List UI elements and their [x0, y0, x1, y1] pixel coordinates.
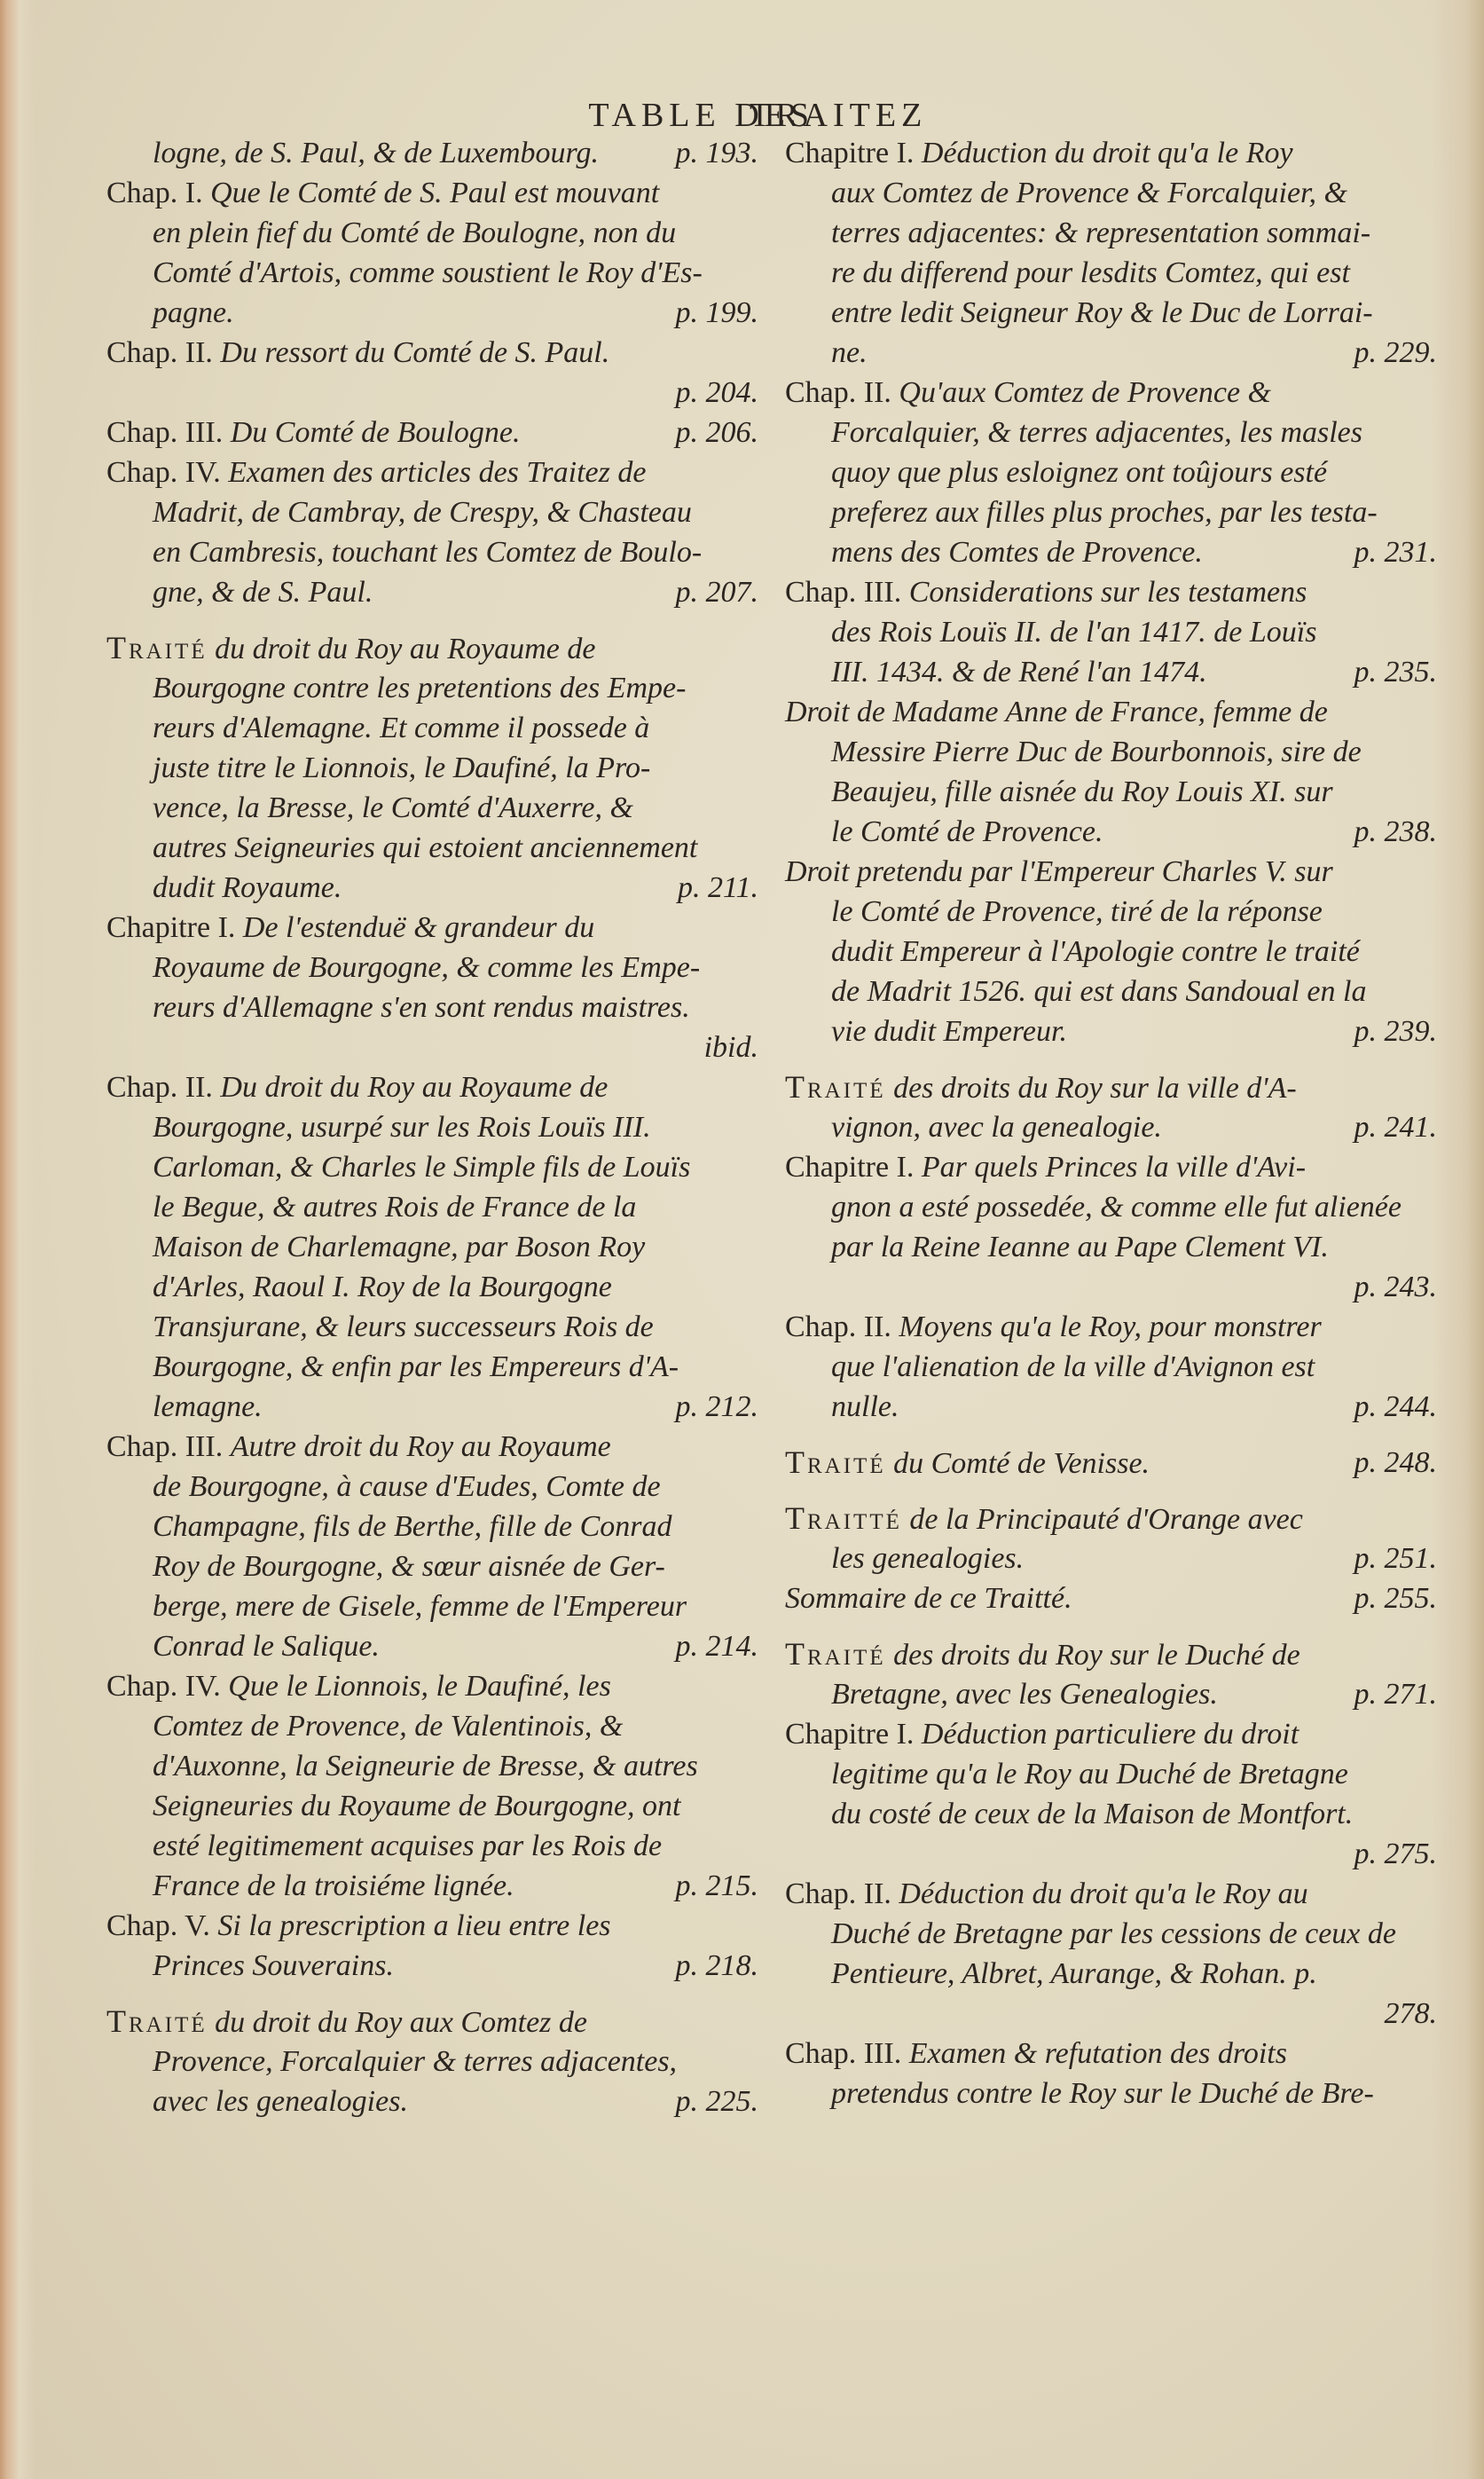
chapter-label: Chap. II.	[785, 376, 891, 409]
toc-entry-chap2-moyens: Chap. II. Moyens qu'a le Roy, pour monst…	[785, 1307, 1437, 1427]
toc-line: vie dudit Empereur.p. 239.	[785, 1011, 1437, 1051]
entry-text: ne.	[831, 336, 868, 369]
toc-line: Provence, Forcalquier & terres adjacente…	[106, 2042, 758, 2082]
entry-text: Autre droit du Roy au Royaume	[231, 1430, 611, 1463]
toc-line: Princes Souverains.p. 218.	[106, 1946, 758, 1986]
entry-text: Si la prescription a lieu entre les	[217, 1909, 610, 1942]
entry-text: du droit du Roy au Royaume de	[215, 633, 595, 665]
toc-entry-chap4-lionnois: Chap. IV. Que le Lionnois, le Daufiné, l…	[106, 1666, 758, 1906]
toc-entry-chap1-st-paul: Chap. I. Que le Comté de S. Paul est mou…	[106, 173, 758, 333]
toc-entry-chap3-autre-droit: Chap. III. Autre droit du Roy au Royaume…	[106, 1427, 758, 1666]
page-number: p. 248.	[1354, 1443, 1438, 1483]
toc-line: Chap. III. Considerations sur les testam…	[785, 572, 1437, 612]
toc-line: que l'alienation de la ville d'Avignon e…	[785, 1347, 1437, 1387]
entry-text: du droit du Roy aux Comtez de	[215, 2006, 587, 2039]
toc-line: p. 243.	[785, 1267, 1437, 1307]
treatise-label: Traité	[785, 1636, 886, 1672]
toc-line: Chap. IV. Que le Lionnois, le Daufiné, l…	[106, 1666, 758, 1706]
chapter-label: Chap. III.	[106, 416, 223, 449]
toc-line: Duché de Bretagne par les cessions de ce…	[785, 1914, 1437, 1954]
toc-line: ne.p. 229.	[785, 333, 1437, 373]
toc-entry-chap3-boulogne: Chap. III. Du Comté de Boulogne.p. 206.	[106, 413, 758, 453]
entry-text: mens des Comtes de Provence.	[831, 536, 1203, 569]
toc-line: Roy de Bourgogne, & sœur aisnée de Ger-	[106, 1546, 758, 1586]
chapter-label: Chap. III.	[106, 1430, 223, 1463]
page-number: p. 239.	[1354, 1011, 1438, 1051]
entry-text: le Comté de Provence, tiré de la réponse	[831, 895, 1323, 928]
page-number: p. 243.	[1354, 1267, 1438, 1307]
toc-line: re du differend pour lesdits Comtez, qui…	[785, 253, 1437, 293]
entry-text: Bretagne, avec les Genealogies.	[831, 1678, 1218, 1711]
page-number: p. 212.	[676, 1387, 759, 1427]
entry-text: Comté d'Artois, comme soustient le Roy d…	[153, 256, 703, 289]
chapter-label: Chap. II.	[106, 336, 213, 369]
toc-line: p. 275.	[785, 1834, 1437, 1874]
entry-text: Que le Comté de S. Paul est mouvant	[210, 177, 659, 209]
page-number: p. 229.	[1354, 333, 1438, 373]
toc-line: lemagne.p. 212.	[106, 1387, 758, 1427]
toc-line: Chap. III. Du Comté de Boulogne.p. 206.	[106, 413, 758, 453]
page-number: p. 199.	[676, 293, 759, 333]
toc-line: Traité des droits du Roy sur la ville d'…	[785, 1067, 1437, 1107]
entry-text: Déduction du droit qu'a le Roy au	[899, 1877, 1307, 1910]
book-page: TABLE DES TRAITEZ logne, de S. Paul, & d…	[0, 0, 1484, 2479]
toc-line: Chapitre I. Par quels Princes la ville d…	[785, 1147, 1437, 1187]
toc-line: dudit Empereur à l'Apologie contre le tr…	[785, 932, 1437, 972]
toc-line: de Bourgogne, à cause d'Eudes, Comte de	[106, 1467, 758, 1507]
entry-text: du Comté de Venisse.	[893, 1447, 1150, 1480]
entry-text: De l'estenduë & grandeur du	[243, 911, 594, 944]
toc-line: d'Auxonne, la Seigneurie de Bresse, & au…	[106, 1746, 758, 1786]
toc-entry-traitte-orange: Traitté de la Principauté d'Orange avecl…	[785, 1499, 1437, 1578]
toc-entry-chap2-droit-bourgogne: Chap. II. Du droit du Roy au Royaume deB…	[106, 1067, 758, 1427]
treatise-label: Traité	[785, 1069, 886, 1105]
toc-entry-cont-luxembourg: logne, de S. Paul, & de Luxembourg.p. 19…	[106, 133, 758, 173]
page-number: p. 271.	[1354, 1674, 1438, 1714]
toc-line: Chap. I. Que le Comté de S. Paul est mou…	[106, 173, 758, 213]
page-number: ibid.	[704, 1027, 758, 1067]
toc-line: en plein fief du Comté de Boulogne, non …	[106, 213, 758, 253]
entry-text: logne, de S. Paul, & de Luxembourg.	[153, 137, 599, 169]
toc-entry-sommaire: Sommaire de ce Traitté.p. 255.	[785, 1578, 1437, 1618]
toc-line: Forcalquier, & terres adjacentes, les ma…	[785, 413, 1437, 453]
chapter-label: Chap. I.	[106, 177, 203, 209]
chapter-label: Chap. IV.	[106, 456, 221, 489]
toc-line: 278.	[785, 1994, 1437, 2034]
toc-line: Traité du droit du Roy aux Comtez de	[106, 2002, 758, 2042]
toc-line: Chapitre I. Déduction particuliere du dr…	[785, 1714, 1437, 1754]
chapter-label: Chap. III.	[785, 2037, 901, 2070]
toc-line: Seigneuries du Royaume de Bourgogne, ont	[106, 1786, 758, 1826]
toc-line: Droit de Madame Anne de France, femme de	[785, 692, 1437, 732]
toc-line: Chap. II. Du ressort du Comté de S. Paul…	[106, 333, 758, 373]
toc-line: Comté d'Artois, comme soustient le Roy d…	[106, 253, 758, 293]
entry-text: Qu'aux Comtez de Provence &	[899, 376, 1271, 409]
toc-entry-chap3-refutation: Chap. III. Examen & refutation des droit…	[785, 2034, 1437, 2113]
entry-text: en Cambresis, touchant les Comtez de Bou…	[153, 536, 702, 569]
entry-text: legitime qu'a le Roy au Duché de Bretagn…	[831, 1758, 1348, 1790]
page-number: p. 214.	[676, 1626, 759, 1666]
entry-text: de Madrit 1526. qui est dans Sandoual en…	[831, 975, 1366, 1008]
toc-line: Chap. II. Déduction du droit qu'a le Roy…	[785, 1874, 1437, 1914]
toc-entry-chap3-testamens: Chap. III. Considerations sur les testam…	[785, 572, 1437, 692]
entry-text: Princes Souverains.	[153, 1949, 394, 1982]
toc-line: reurs d'Allemagne s'en sont rendus maist…	[106, 988, 758, 1027]
page-number: p. 225.	[676, 2082, 759, 2121]
entry-text: Carloman, & Charles le Simple fils de Lo…	[153, 1151, 690, 1184]
entry-text: quoy que plus esloignez ont toûjours est…	[831, 456, 1327, 489]
entry-text: Conrad le Salique.	[153, 1630, 380, 1663]
page-number: p. 218.	[676, 1946, 759, 1986]
entry-text: que l'alienation de la ville d'Avignon e…	[831, 1350, 1315, 1383]
toc-entry-chapitre1-estendue: Chapitre I. De l'estenduë & grandeur duR…	[106, 908, 758, 1067]
entry-text: reurs d'Allemagne s'en sont rendus maist…	[153, 991, 690, 1024]
toc-line: Comtez de Provence, de Valentinois, &	[106, 1706, 758, 1746]
entry-text: Du droit du Roy au Royaume de	[220, 1071, 608, 1104]
entry-text: Duché de Bretagne par les cessions de ce…	[831, 1917, 1396, 1950]
entry-text: des Rois Louïs II. de l'an 1417. de Louï…	[831, 616, 1317, 649]
entry-text: vignon, avec la genealogie.	[831, 1111, 1162, 1144]
toc-line: Traité des droits du Roy sur le Duché de	[785, 1634, 1437, 1674]
page-number: 278.	[1385, 1994, 1438, 2034]
entry-text: Droit de Madame Anne de France, femme de	[785, 696, 1328, 728]
entry-text: Déduction particuliere du droit	[922, 1718, 1299, 1751]
entry-text: Seigneuries du Royaume de Bourgogne, ont	[153, 1790, 681, 1822]
page-number: p. 244.	[1354, 1387, 1438, 1427]
toc-line: Chap. II. Moyens qu'a le Roy, pour monst…	[785, 1307, 1437, 1347]
toc-entry-chap2-masles: Chap. II. Qu'aux Comtez de Provence &For…	[785, 373, 1437, 572]
entry-text: Comtez de Provence, de Valentinois, &	[153, 1710, 623, 1743]
toc-line: le Begue, & autres Rois de France de la	[106, 1187, 758, 1227]
toc-entry-chap2-cessions: Chap. II. Déduction du droit qu'a le Roy…	[785, 1874, 1437, 2034]
page-number: p. 211.	[678, 868, 758, 908]
toc-line: en Cambresis, touchant les Comtez de Bou…	[106, 532, 758, 572]
chapter-label: Chap. II.	[785, 1310, 891, 1343]
page-number: p. 215.	[676, 1866, 759, 1906]
toc-line: gne, & de S. Paul.p. 207.	[106, 572, 758, 612]
entry-text: de Bourgogne, à cause d'Eudes, Comte de	[153, 1470, 661, 1503]
toc-line: par la Reine Ieanne au Pape Clement VI.	[785, 1227, 1437, 1267]
entry-text: Que le Lionnois, le Daufiné, les	[228, 1670, 611, 1703]
toc-entry-traite-bretagne: Traité des droits du Roy sur le Duché de…	[785, 1634, 1437, 1714]
page-number: p. 251.	[1354, 1539, 1438, 1578]
toc-line: France de la troisiéme lignée.p. 215.	[106, 1866, 758, 1906]
entry-text: esté legitimement acquises par les Rois …	[153, 1830, 662, 1862]
entry-text: Provence, Forcalquier & terres adjacente…	[153, 2045, 677, 2078]
entry-text: Bourgogne, & enfin par les Empereurs d'A…	[153, 1350, 679, 1383]
entry-text: vie dudit Empereur.	[831, 1015, 1067, 1048]
entry-text: avec les genealogies.	[153, 2085, 408, 2118]
chapter-label: Chap. IV.	[106, 1670, 221, 1703]
entry-text: autres Seigneuries qui estoient ancienne…	[153, 831, 697, 864]
page-number: p. 204.	[676, 373, 759, 413]
toc-line: legitime qu'a le Roy au Duché de Bretagn…	[785, 1754, 1437, 1794]
chapter-label: Chapitre I.	[785, 137, 914, 169]
page-number: p. 206.	[676, 413, 759, 453]
entry-text: Par quels Princes la ville d'Avi-	[922, 1151, 1306, 1184]
toc-line: Beaujeu, fille aisnée du Roy Louis XI. s…	[785, 772, 1437, 812]
entry-text: vence, la Bresse, le Comté d'Auxerre, &	[153, 791, 633, 824]
toc-entry-traite-venisse: Traité du Comté de Venisse.p. 248.	[785, 1443, 1437, 1483]
entry-text: les genealogies.	[831, 1542, 1024, 1575]
toc-line: Chap. II. Qu'aux Comtez de Provence &	[785, 373, 1437, 413]
toc-line: aux Comtez de Provence & Forcalquier, &	[785, 173, 1437, 213]
page-number: p. 275.	[1354, 1834, 1438, 1874]
page-number: p. 241.	[1354, 1107, 1438, 1147]
entry-text: Du Comté de Boulogne.	[231, 416, 521, 449]
entry-text: aux Comtez de Provence & Forcalquier, &	[831, 177, 1347, 209]
toc-line: Royaume de Bourgogne, & comme les Empe-	[106, 948, 758, 988]
toc-line: vignon, avec la genealogie.p. 241.	[785, 1107, 1437, 1147]
toc-line: dudit Royaume.p. 211.	[106, 868, 758, 908]
entry-text: Bourgogne, usurpé sur les Rois Louïs III…	[153, 1111, 651, 1144]
chapter-label: Chapitre I.	[785, 1151, 914, 1184]
entry-text: berge, mere de Gisele, femme de l'Empere…	[153, 1590, 687, 1623]
toc-line: Chapitre I. Déduction du droit qu'a le R…	[785, 133, 1437, 173]
entry-text: Royaume de Bourgogne, & comme les Empe-	[153, 951, 700, 984]
toc-line: nulle.p. 244.	[785, 1387, 1437, 1427]
entry-text: nulle.	[831, 1390, 899, 1423]
toc-entry-chap4-examen: Chap. IV. Examen des articles des Traite…	[106, 453, 758, 612]
toc-line: Sommaire de ce Traitté.p. 255.	[785, 1578, 1437, 1618]
toc-line: p. 204.	[106, 373, 758, 413]
entry-text: Bourgogne contre les pretentions des Emp…	[153, 672, 686, 704]
toc-line: reurs d'Alemagne. Et comme il possede à	[106, 708, 758, 748]
chapter-label: Chap. II.	[785, 1877, 891, 1910]
entry-text: Beaujeu, fille aisnée du Roy Louis XI. s…	[831, 775, 1333, 808]
entry-text: gne, & de S. Paul.	[153, 576, 373, 609]
entry-text: III. 1434. & de René l'an 1474.	[831, 656, 1207, 689]
toc-line: du costé de ceux de la Maison de Montfor…	[785, 1794, 1437, 1834]
toc-line: ibid.	[106, 1027, 758, 1067]
entry-text: Champagne, fils de Berthe, fille de Conr…	[153, 1510, 672, 1543]
toc-line: III. 1434. & de René l'an 1474.p. 235.	[785, 652, 1437, 692]
toc-line: le Comté de Provence.p. 238.	[785, 812, 1437, 852]
toc-line: Maison de Charlemagne, par Boson Roy	[106, 1227, 758, 1267]
entry-text: Roy de Bourgogne, & sœur aisnée de Ger-	[153, 1550, 665, 1583]
toc-line: les genealogies.p. 251.	[785, 1539, 1437, 1578]
toc-line: Chap. II. Du droit du Roy au Royaume de	[106, 1067, 758, 1107]
toc-entry-traite-bourgogne: Traité du droit du Roy au Royaume deBour…	[106, 628, 758, 908]
chapter-label: Chapitre I.	[106, 911, 235, 944]
toc-line: esté legitimement acquises par les Rois …	[106, 1826, 758, 1866]
entry-text: dudit Royaume.	[153, 871, 342, 904]
entry-text: Madrit, de Cambray, de Crespy, & Chastea…	[153, 496, 692, 529]
toc-line: Traité du droit du Roy au Royaume de	[106, 628, 758, 668]
toc-line: Champagne, fils de Berthe, fille de Conr…	[106, 1507, 758, 1546]
toc-line: Chap. III. Autre droit du Roy au Royaume	[106, 1427, 758, 1467]
toc-line: autres Seigneuries qui estoient ancienne…	[106, 828, 758, 868]
toc-line: gnon a esté possedée, & comme elle fut a…	[785, 1187, 1437, 1227]
page-number: p. 255.	[1354, 1578, 1438, 1618]
toc-line: Madrit, de Cambray, de Crespy, & Chastea…	[106, 492, 758, 532]
treatise-label: Traité	[785, 1444, 886, 1480]
entry-text: Transjurane, & leurs successeurs Rois de	[153, 1310, 654, 1343]
treatise-label: Traitté	[785, 1500, 902, 1536]
entry-text: Du ressort du Comté de S. Paul.	[220, 336, 609, 369]
toc-entry-chapitre1-avignon: Chapitre I. Par quels Princes la ville d…	[785, 1147, 1437, 1307]
toc-line: le Comté de Provence, tiré de la réponse	[785, 892, 1437, 932]
entry-text: Sommaire de ce Traitté.	[785, 1582, 1072, 1615]
toc-line: mens des Comtes de Provence.p. 231.	[785, 532, 1437, 572]
entry-text: d'Arles, Raoul I. Roy de la Bourgogne	[153, 1271, 612, 1303]
toc-line: vence, la Bresse, le Comté d'Auxerre, &	[106, 788, 758, 828]
left-column: logne, de S. Paul, & de Luxembourg.p. 19…	[106, 133, 758, 2121]
entry-text: Messire Pierre Duc de Bourbonnois, sire …	[831, 736, 1362, 768]
entry-text: le Comté de Provence.	[831, 815, 1103, 848]
entry-text: Considerations sur les testamens	[909, 576, 1307, 609]
entry-text: Droit pretendu par l'Empereur Charles V.…	[785, 855, 1333, 888]
entry-text: d'Auxonne, la Seigneurie de Bresse, & au…	[153, 1750, 698, 1783]
toc-line: Conrad le Salique.p. 214.	[106, 1626, 758, 1666]
toc-line: Bourgogne contre les pretentions des Emp…	[106, 668, 758, 708]
entry-text: pretendus contre le Roy sur le Duché de …	[831, 2077, 1374, 2110]
toc-entry-chapitre1-montfort: Chapitre I. Déduction particuliere du dr…	[785, 1714, 1437, 1874]
entry-text: des droits du Roy sur la ville d'A-	[893, 1072, 1297, 1105]
toc-line: Traitté de la Principauté d'Orange avec	[785, 1499, 1437, 1539]
entry-text: Forcalquier, & terres adjacentes, les ma…	[831, 416, 1362, 449]
toc-line: Droit pretendu par l'Empereur Charles V.…	[785, 852, 1437, 892]
toc-line: Chap. III. Examen & refutation des droit…	[785, 2034, 1437, 2074]
toc-line: terres adjacentes: & representation somm…	[785, 213, 1437, 253]
chapter-label: Chap. II.	[106, 1071, 213, 1104]
page-number: p. 193.	[676, 133, 759, 173]
entry-text: par la Reine Ieanne au Pape Clement VI.	[831, 1231, 1329, 1263]
toc-line: d'Arles, Raoul I. Roy de la Bourgogne	[106, 1267, 758, 1307]
toc-line: entre ledit Seigneur Roy & le Duc de Lor…	[785, 293, 1437, 333]
entry-text: reurs d'Alemagne. Et comme il possede à	[153, 712, 649, 744]
entry-text: dudit Empereur à l'Apologie contre le tr…	[831, 935, 1360, 968]
toc-line: avec les genealogies.p. 225.	[106, 2082, 758, 2121]
entry-text: Maison de Charlemagne, par Boson Roy	[153, 1231, 645, 1263]
entry-text: Moyens qu'a le Roy, pour monstrer	[899, 1310, 1321, 1343]
toc-line: Bourgogne, & enfin par les Empereurs d'A…	[106, 1347, 758, 1387]
entry-text: pagne.	[153, 296, 234, 329]
toc-line: de Madrit 1526. qui est dans Sandoual en…	[785, 972, 1437, 1011]
toc-line: pretendus contre le Roy sur le Duché de …	[785, 2074, 1437, 2113]
chapter-label: Chap. V.	[106, 1909, 210, 1942]
toc-line: Messire Pierre Duc de Bourbonnois, sire …	[785, 732, 1437, 772]
toc-line: quoy que plus esloignez ont toûjours est…	[785, 453, 1437, 492]
entry-text: Pentieure, Albret, Aurange, & Rohan. p.	[831, 1957, 1317, 1990]
treatise-label: Traité	[106, 2003, 208, 2039]
entry-text: gnon a esté possedée, & comme elle fut a…	[831, 1191, 1402, 1224]
page-number: p. 238.	[1354, 812, 1438, 852]
toc-line: juste titre le Lionnois, le Daufiné, la …	[106, 748, 758, 788]
toc-entry-chapitre1-deduction-provence: Chapitre I. Déduction du droit qu'a le R…	[785, 133, 1437, 373]
toc-line: Bourgogne, usurpé sur les Rois Louïs III…	[106, 1107, 758, 1147]
toc-line: Bretagne, avec les Genealogies.p. 271.	[785, 1674, 1437, 1714]
entry-text: terres adjacentes: & representation somm…	[831, 216, 1370, 249]
chapter-label: Chapitre I.	[785, 1718, 914, 1751]
toc-line: Carloman, & Charles le Simple fils de Lo…	[106, 1147, 758, 1187]
right-column: Chapitre I. Déduction du droit qu'a le R…	[785, 133, 1437, 2113]
toc-line: Chap. IV. Examen des articles des Traite…	[106, 453, 758, 492]
entry-text: en plein fief du Comté de Boulogne, non …	[153, 216, 676, 249]
toc-entry-chap2-ressort: Chap. II. Du ressort du Comté de S. Paul…	[106, 333, 758, 413]
toc-line: Traité du Comté de Venisse.p. 248.	[785, 1443, 1437, 1483]
toc-line: logne, de S. Paul, & de Luxembourg.p. 19…	[106, 133, 758, 173]
entry-text: re du differend pour lesdits Comtez, qui…	[831, 256, 1350, 289]
toc-line: pagne.p. 199.	[106, 293, 758, 333]
treatise-label: Traité	[106, 630, 208, 665]
toc-line: berge, mere de Gisele, femme de l'Empere…	[106, 1586, 758, 1626]
toc-line: Chap. V. Si la prescription a lieu entre…	[106, 1906, 758, 1946]
entry-text: Déduction du droit qu'a le Roy	[922, 137, 1293, 169]
toc-entry-traite-provence: Traité du droit du Roy aux Comtez deProv…	[106, 2002, 758, 2121]
entry-text: Examen des articles des Traitez de	[228, 456, 646, 489]
entry-text: preferez aux filles plus proches, par le…	[831, 496, 1378, 529]
entry-text: juste titre le Lionnois, le Daufiné, la …	[153, 752, 650, 784]
running-head-right: TRAITEZ	[750, 96, 927, 135]
entry-text: France de la troisiéme lignée.	[153, 1869, 514, 1902]
page-number: p. 231.	[1354, 532, 1438, 572]
toc-line: Chapitre I. De l'estenduë & grandeur du	[106, 908, 758, 948]
entry-text: Examen & refutation des droits	[909, 2037, 1287, 2070]
toc-entry-droit-anne-de-france: Droit de Madame Anne de France, femme de…	[785, 692, 1437, 852]
entry-text: entre ledit Seigneur Roy & le Duc de Lor…	[831, 296, 1373, 329]
toc-entry-traite-avignon: Traité des droits du Roy sur la ville d'…	[785, 1067, 1437, 1147]
entry-text: du costé de ceux de la Maison de Montfor…	[831, 1798, 1353, 1830]
page-number: p. 207.	[676, 572, 759, 612]
entry-text: des droits du Roy sur le Duché de	[893, 1639, 1300, 1672]
chapter-label: Chap. III.	[785, 576, 901, 609]
toc-line: Transjurane, & leurs successeurs Rois de	[106, 1307, 758, 1347]
toc-entry-droit-charles-v: Droit pretendu par l'Empereur Charles V.…	[785, 852, 1437, 1051]
toc-line: Pentieure, Albret, Aurange, & Rohan. p.	[785, 1954, 1437, 1994]
entry-text: de la Principauté d'Orange avec	[909, 1503, 1302, 1536]
entry-text: lemagne.	[153, 1390, 263, 1423]
page-number: p. 235.	[1354, 652, 1438, 692]
toc-entry-chap5-prescription: Chap. V. Si la prescription a lieu entre…	[106, 1906, 758, 1986]
toc-line: preferez aux filles plus proches, par le…	[785, 492, 1437, 532]
toc-line: des Rois Louïs II. de l'an 1417. de Louï…	[785, 612, 1437, 652]
entry-text: le Begue, & autres Rois de France de la	[153, 1191, 636, 1224]
